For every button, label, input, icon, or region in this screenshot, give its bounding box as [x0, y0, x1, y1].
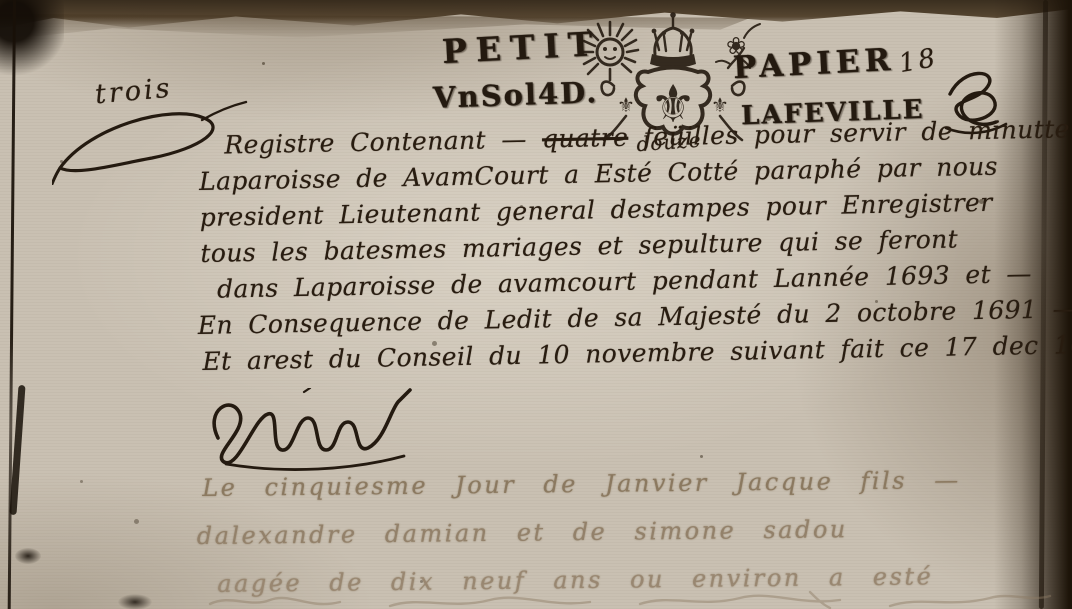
- register-line-1-struck-word: quatre: [542, 120, 629, 158]
- paper-speckles: [262, 62, 265, 65]
- fold-crease-left: [8, 0, 16, 609]
- ink-blot-bottom: [118, 594, 152, 609]
- ink-blot-bottom-left: [15, 548, 41, 564]
- svg-text:⚜: ⚜: [617, 93, 635, 117]
- register-line-1-inserted-word: douze: [635, 122, 703, 163]
- register-line-1-post: feüilles pour servir de minutte ae: [643, 113, 1072, 151]
- faint-partial-line: [200, 588, 1060, 609]
- flower-spray-icon: ❀: [716, 24, 760, 68]
- entry-line-1: Le cinquiesme Jour de Janvier Jacque fil…: [202, 455, 1062, 512]
- sun-face-icon: [582, 22, 638, 80]
- signature-flourish: [192, 388, 452, 472]
- manuscript-page-scan: trois 18 PETIT VnSol4D. PAPIER LAFEVILLE: [0, 0, 1072, 609]
- entry-paragraph: Le cinquiesme Jour de Janvier Jacque fil…: [202, 455, 1063, 608]
- svg-text:⚜: ⚜: [711, 93, 729, 117]
- register-declaration: Registre Contenant — quatredouze feüille…: [198, 111, 1063, 379]
- ink-blot-top-left: [0, 0, 64, 78]
- stamp-word-unsol4d: VnSol4D.: [432, 75, 598, 115]
- register-line-1-pre: Registre Contenant —: [224, 125, 527, 160]
- svg-text:❀: ❀: [726, 32, 746, 60]
- crown-icon: [650, 12, 696, 68]
